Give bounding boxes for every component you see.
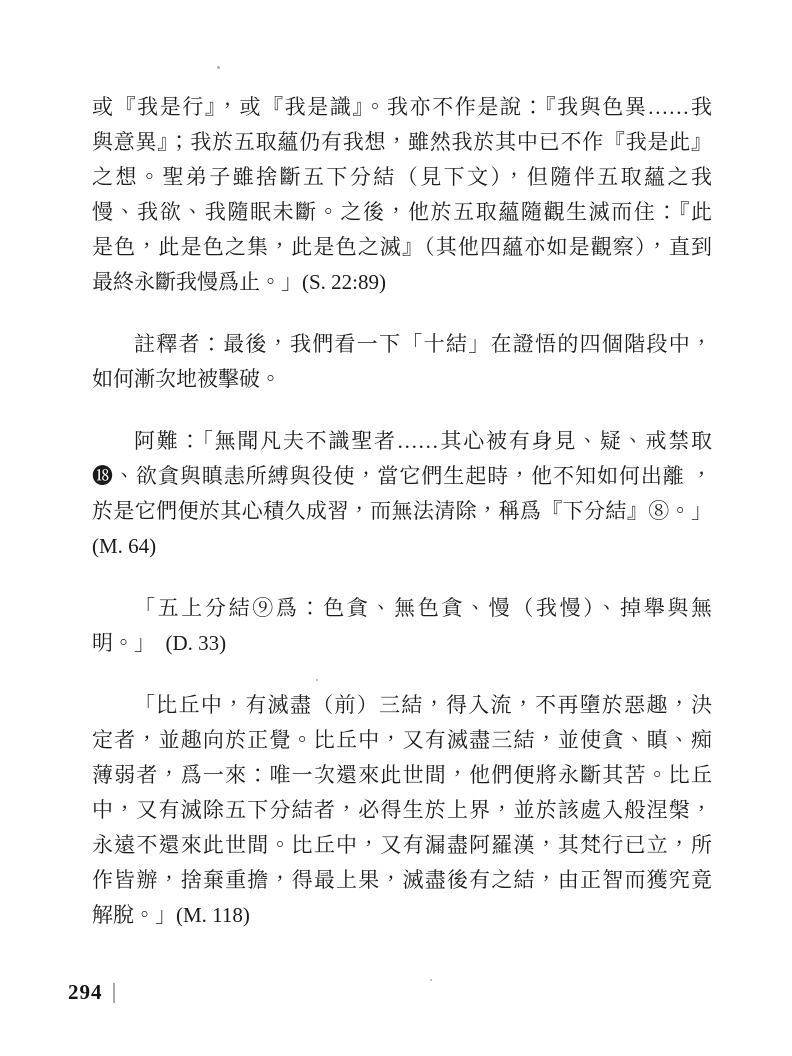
text-line: 定者，並趣向於正覺。比丘中，又有滅盡三結，並使貪、瞋、痴 (92, 723, 712, 758)
page-number-divider (113, 983, 115, 1003)
text-line: 最終永斷我慢爲止。」(S. 22:89) (92, 265, 712, 300)
scanned-book-page: 或『我是行』，或『我是識』。我亦不作是說：『我與色異……我與意異』；我於五取蘊仍… (0, 0, 792, 1056)
text-line: 或『我是行』，或『我是識』。我亦不作是說：『我與色異……我 (92, 90, 712, 125)
page-number: 294 (68, 980, 103, 1005)
text-line: 如何漸次地被擊破。 (92, 362, 712, 397)
text-line: 之想。聖弟子雖捨斷五下分結（見下文），但隨伴五取蘊之我 (92, 160, 712, 195)
text-line: ⓲、欲貪與瞋恚所縛與役使，當它們生起時，他不知如何出離 ， (92, 459, 712, 494)
text-line: 與意異』；我於五取蘊仍有我想，雖然我於其中已不作『我是此』 (92, 125, 712, 160)
text-line: 「五上分結⑨爲：色貪、無色貪、慢（我慢）、掉舉與無 (92, 591, 712, 626)
text-line: 薄弱者，爲一來：唯一次還來此世間，他們便將永斷其苦。比丘 (92, 758, 712, 793)
text-line: 註釋者：最後，我們看一下「十結」在證悟的四個階段中， (92, 327, 712, 362)
scan-speck (430, 979, 432, 981)
scan-speck (316, 679, 318, 681)
text-line: 解脫。」(M. 118) (92, 898, 712, 933)
paragraph-sutta-quote-continuation: 或『我是行』，或『我是識』。我亦不作是說：『我與色異……我與意異』；我於五取蘊仍… (92, 90, 712, 300)
text-line: 中，又有滅除五下分結者，必得生於上界，並於該處入般涅槃， (92, 793, 712, 828)
paragraph-five-higher-fetters-quote: 「五上分結⑨爲：色貪、無色貪、慢（我慢）、掉舉與無明。」 (D. 33) (92, 591, 712, 661)
scan-speck (217, 66, 220, 69)
text-line: 是色，此是色之集，此是色之滅』（其他四蘊亦如是觀察），直到 (92, 230, 712, 265)
page-body: 或『我是行』，或『我是識』。我亦不作是說：『我與色異……我與意異』；我於五取蘊仍… (92, 90, 712, 960)
page-footer: 294 (68, 980, 115, 1005)
paragraph-commentator-note: 註釋者：最後，我們看一下「十結」在證悟的四個階段中，如何漸次地被擊破。 (92, 327, 712, 397)
text-line: 作皆辦，捨棄重擔，得最上果，滅盡後有之結，由正智而獲究竟 (92, 863, 712, 898)
text-line: 慢、我欲、我隨眠未斷。之後，他於五取蘊隨觀生滅而住：『此 (92, 195, 712, 230)
text-line: 永遠不還來此世間。比丘中，又有漏盡阿羅漢，其梵行已立，所 (92, 828, 712, 863)
text-line: 阿難：「無聞凡夫不識聖者……其心被有身見、疑、戒禁取 (92, 424, 712, 459)
paragraph-ananda-quote: 阿難：「無聞凡夫不識聖者……其心被有身見、疑、戒禁取⓲、欲貪與瞋恚所縛與役使，當… (92, 424, 712, 564)
text-line: 明。」 (D. 33) (92, 626, 712, 661)
paragraph-bhikkhus-quote: 「比丘中，有滅盡（前）三結，得入流，不再墮於惡趣，決定者，並趣向於正覺。比丘中，… (92, 688, 712, 933)
text-line: (M. 64) (92, 529, 712, 564)
text-line: 「比丘中，有滅盡（前）三結，得入流，不再墮於惡趣，決 (92, 688, 712, 723)
text-line: 於是它們便於其心積久成習，而無法清除，稱爲『下分結』⑧。」 (92, 494, 712, 529)
